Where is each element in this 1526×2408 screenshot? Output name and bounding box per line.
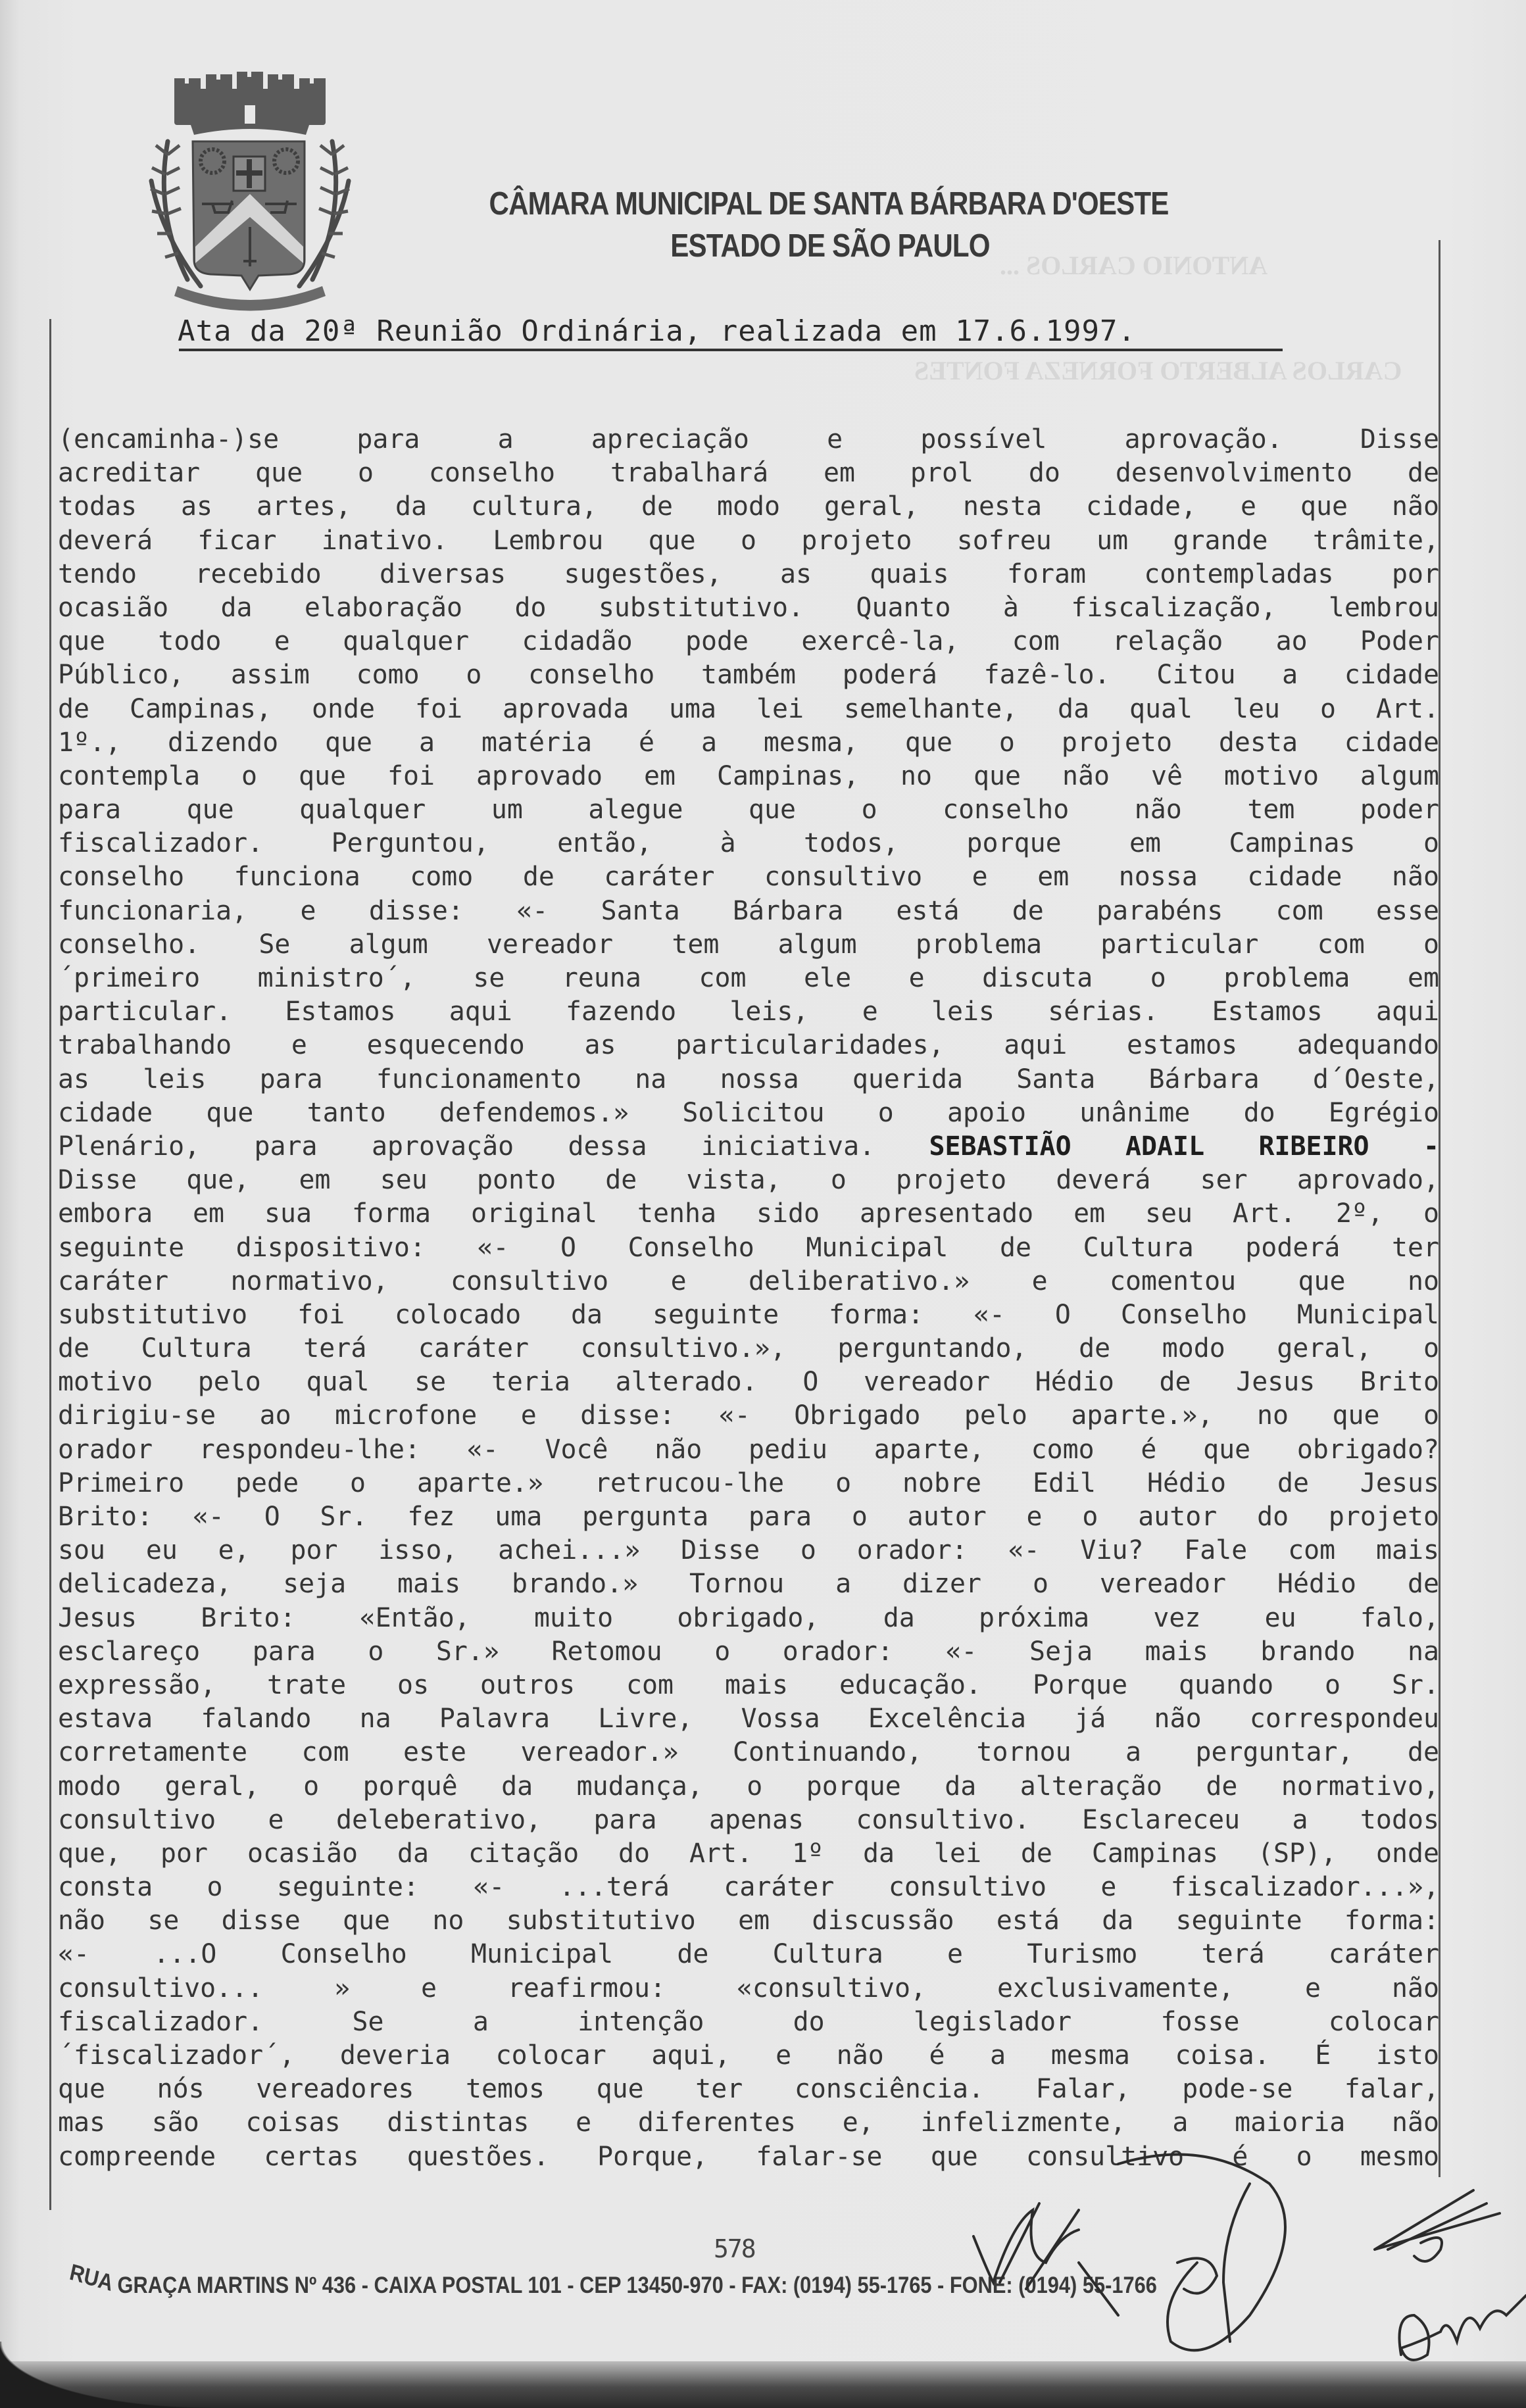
minutes-line: cidade que tanto defendemos.» Solicitou …: [58, 1096, 1439, 1130]
minutes-line: seguinte dispositivo: «- O Conselho Muni…: [58, 1231, 1439, 1265]
minutes-line: Jesus Brito: «Então, muito obrigado, da …: [58, 1602, 1439, 1635]
minutes-line: compreende certas questões. Porque, fala…: [58, 2140, 1439, 2174]
minutes-line: tendo recebido diversas sugestões, as qu…: [58, 558, 1439, 591]
minutes-line: expressão, trate os outros com mais educ…: [58, 1669, 1439, 1702]
minutes-line: consta o seguinte: «- ...terá caráter co…: [58, 1871, 1439, 1904]
minutes-line: fiscalizador. Perguntou, então, à todos,…: [58, 827, 1439, 860]
minutes-line: trabalhando e esquecendo as particularid…: [58, 1029, 1439, 1062]
minutes-line: conselho. Se algum vereador tem algum pr…: [58, 928, 1439, 962]
minutes-line: mas são coisas distintas e diferentes e,…: [58, 2106, 1439, 2140]
page-number: 578: [714, 2234, 755, 2263]
bleed-through-text: CARLOS ALBERTO FORNEZA FONTES: [914, 355, 1402, 386]
minutes-line: funcionaria, e disse: «- Santa Bárbara e…: [58, 895, 1439, 928]
minutes-line: fiscalizador. Se a intenção do legislado…: [58, 2005, 1439, 2039]
minutes-line: para que qualquer um alegue que o consel…: [58, 793, 1439, 827]
minutes-line: Plenário, para aprovação dessa iniciativ…: [58, 1130, 1439, 1164]
minutes-title: Ata da 20ª Reunião Ordinária, realizada …: [178, 314, 1136, 348]
minutes-line: 1º., dizendo que a matéria é a mesma, qu…: [58, 726, 1439, 760]
minutes-line: que nós vereadores temos que ter consciê…: [58, 2073, 1439, 2106]
minutes-line: Público, assim como o conselho também po…: [58, 658, 1439, 692]
minutes-line: sou eu e, por isso, achei...» Disse o or…: [58, 1534, 1439, 1567]
minutes-line: consultivo... » e reafirmou: «consultivo…: [58, 1972, 1439, 2005]
minutes-line: que, por ocasião da citação do Art. 1º d…: [58, 1837, 1439, 1871]
minutes-line: (encaminha-)se para a apreciação e possí…: [58, 423, 1439, 456]
minutes-line: corretamente com este vereador.» Continu…: [58, 1736, 1439, 1769]
state-name: ESTADO DE SÃO PAULO: [174, 228, 1486, 264]
institution-name: CÂMARA MUNICIPAL DE SANTA BÁRBARA D'OEST…: [172, 185, 1485, 222]
scan-corner-shadow: [0, 2342, 210, 2408]
minutes-line: de Campinas, onde foi aprovada uma lei s…: [58, 693, 1439, 726]
minutes-line: Brito: «- O Sr. fez uma pergunta para o …: [58, 1500, 1439, 1534]
minutes-line: particular. Estamos aqui fazendo leis, e…: [58, 995, 1439, 1029]
minutes-line: caráter normativo, consultivo e delibera…: [58, 1265, 1439, 1298]
minutes-line: orador respondeu-lhe: «- Você não pediu …: [58, 1433, 1439, 1467]
left-margin-rule: [49, 319, 51, 2210]
minutes-line: Primeiro pede o aparte.» retrucou-lhe o …: [58, 1467, 1439, 1500]
minutes-line: não se disse que no substitutivo em disc…: [58, 1904, 1439, 1938]
minutes-line: ´primeiro ministro´, se reuna com ele e …: [58, 962, 1439, 995]
minutes-line: de Cultura terá caráter consultivo.», pe…: [58, 1332, 1439, 1365]
minutes-line: estava falando na Palavra Livre, Vossa E…: [58, 1702, 1439, 1736]
minutes-line: dirigiu-se ao microfone e disse: «- Obri…: [58, 1399, 1439, 1433]
speaker-name: SEBASTIÃO ADAIL RIBEIRO -: [929, 1131, 1439, 1162]
title-underline: [179, 349, 1283, 351]
minutes-line: conselho funciona como de caráter consul…: [58, 860, 1439, 894]
minutes-line: contempla o que foi aprovado em Campinas…: [58, 760, 1439, 793]
minutes-line: «- ...O Conselho Municipal de Cultura e …: [58, 1938, 1439, 1971]
minutes-line: todas as artes, da cultura, de modo gera…: [58, 490, 1439, 524]
minutes-line: acreditar que o conselho trabalhará em p…: [58, 456, 1439, 490]
scan-edge-shadow: [0, 2361, 1526, 2408]
minutes-line: substitutivo foi colocado da seguinte fo…: [58, 1298, 1439, 1332]
minutes-line: motivo pelo qual se teria alterado. O ve…: [58, 1365, 1439, 1399]
minutes-line: embora em sua forma original tenha sido …: [58, 1197, 1439, 1231]
minutes-line: esclareço para o Sr.» Retomou o orador: …: [58, 1635, 1439, 1669]
footer-address-text: GRAÇA MARTINS Nº 436 - CAIXA POSTAL 101 …: [118, 2273, 1157, 2298]
minutes-line: que todo e qualquer cidadão pode exercê-…: [58, 625, 1439, 658]
minutes-line: delicadeza, seja mais brando.» Tornou a …: [58, 1567, 1439, 1601]
minutes-line: ocasião da elaboração do substitutivo. Q…: [58, 591, 1439, 625]
minutes-body: (encaminha-)se para a apreciação e possí…: [58, 423, 1443, 2174]
footer-address: RUAGRAÇA MARTINS Nº 436 - CAIXA POSTAL 1…: [68, 2273, 1157, 2299]
minutes-line: consultivo e deleberativo, para apenas c…: [58, 1804, 1439, 1837]
minutes-line: Disse que, em seu ponto de vista, o proj…: [58, 1164, 1439, 1197]
minutes-line: modo geral, o porquê da mudança, o porqu…: [58, 1770, 1439, 1804]
minutes-line: ´fiscalizador´, deveria colocar aqui, e …: [58, 2039, 1439, 2073]
minutes-line: as leis para funcionamento na nossa quer…: [58, 1063, 1439, 1096]
minutes-line: deverá ficar inativo. Lembrou que o proj…: [58, 524, 1439, 558]
